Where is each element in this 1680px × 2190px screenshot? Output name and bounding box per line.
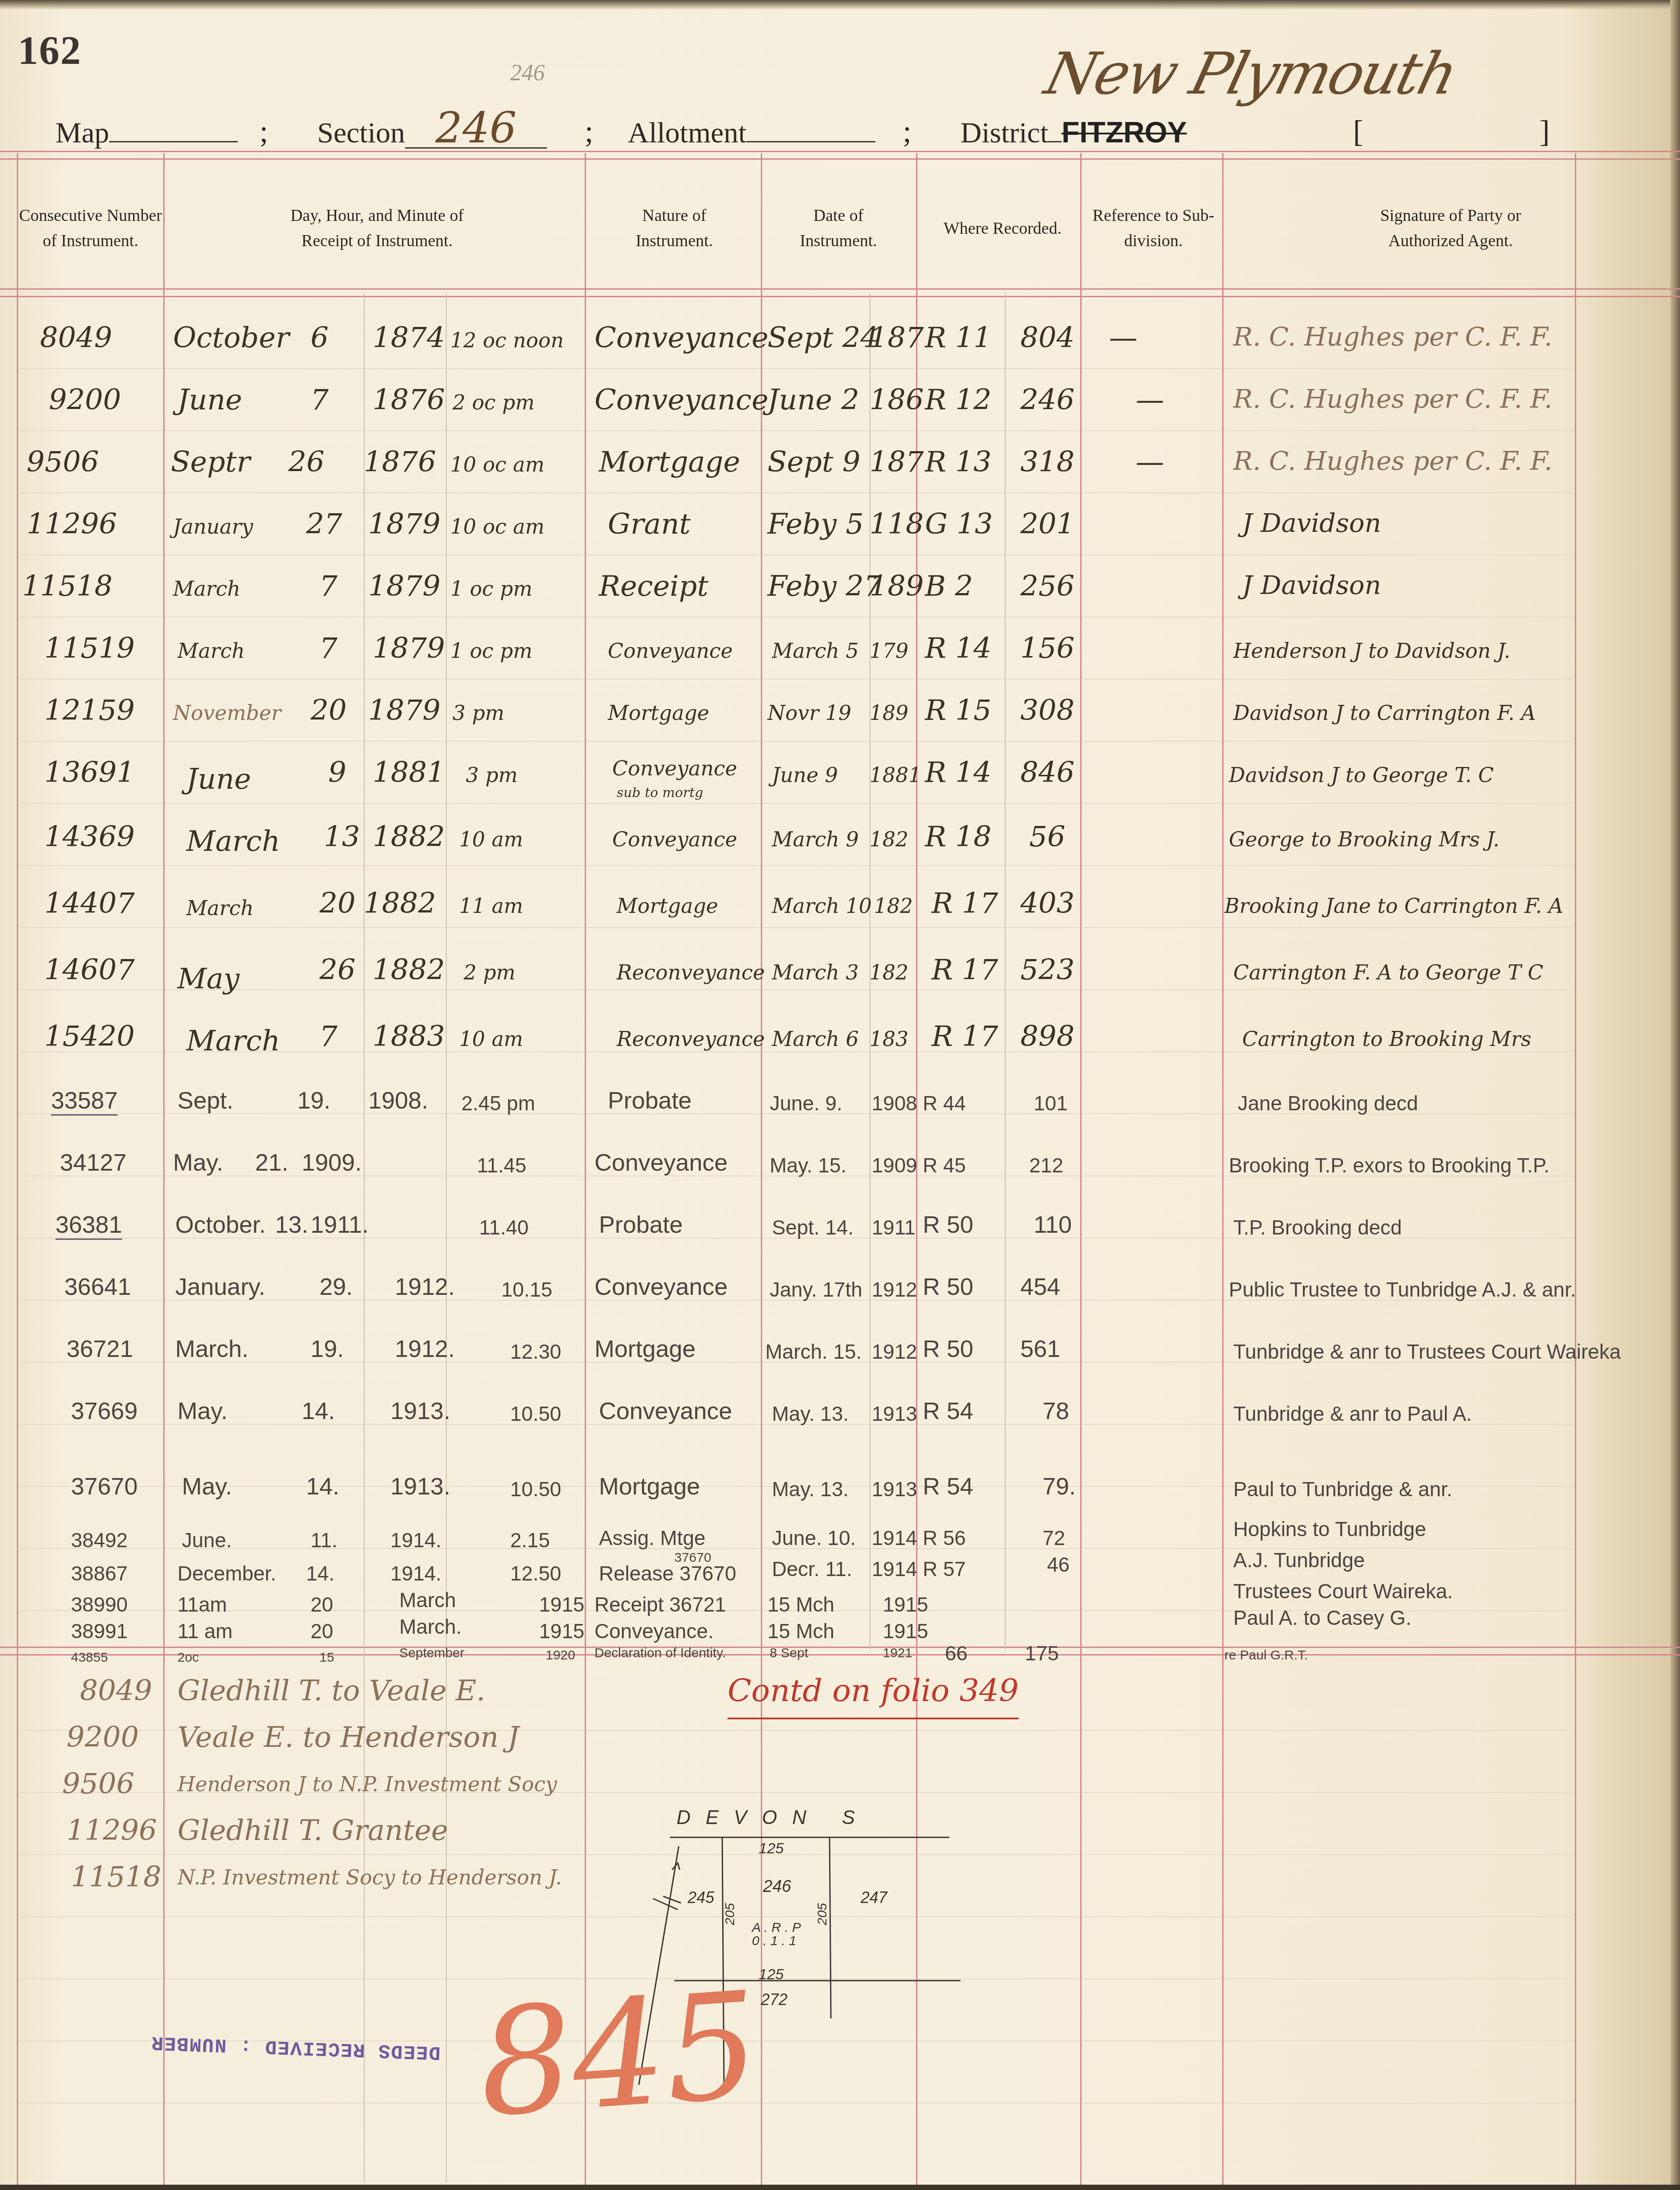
entry-day: 7 [319, 570, 338, 603]
entry-date: March 5 [772, 639, 859, 663]
margin-line [17, 153, 18, 2185]
entry-time: 10 am [459, 1027, 523, 1051]
entry-register: R 54 [923, 1397, 973, 1425]
index-note-text: Henderson J to N.P. Investment Socy [177, 1772, 557, 1796]
plan-lot-number: 246 [763, 1877, 791, 1896]
entry-month: Sept. [177, 1087, 233, 1114]
col-divider [1575, 153, 1576, 2185]
entry-folio: 56 [1029, 821, 1065, 853]
entry-date-year: 189 [870, 701, 909, 725]
separator: ; [903, 114, 911, 150]
entry-day: 14. [302, 1397, 335, 1425]
entry-day: 7 [311, 384, 329, 417]
entry-number: 14607 [44, 954, 135, 987]
entry-date-year: 1881 [870, 763, 921, 787]
entry-date: June 9 [772, 763, 838, 787]
entry-date: March 10 [772, 894, 872, 918]
entry-day: 19. [297, 1087, 330, 1114]
entry-nature: Probate [599, 1211, 683, 1239]
entry-nature: Declaration of Identity. [594, 1646, 728, 1661]
entry-month: March [177, 639, 245, 663]
entry-time: 1 oc pm [450, 639, 532, 663]
entry-date: Feby 5 [767, 508, 864, 541]
entry-signature: A.J. Tunbridge [1233, 1548, 1365, 1572]
entry-nature-note: sub to mortg [617, 785, 703, 801]
entry-month: March [186, 1025, 280, 1058]
entry-register: R 50 [923, 1211, 973, 1239]
entry-time: 2.15 [510, 1528, 550, 1552]
entry-month: June. [182, 1528, 232, 1552]
entry-date-year: 1915 [883, 1619, 928, 1643]
entry-number: 38990 [71, 1592, 128, 1616]
entry-date: Sept 24 [767, 322, 878, 354]
entry-year: 1908. [368, 1087, 428, 1114]
district-value: FITZROY [1062, 116, 1187, 149]
entry-month: May. [182, 1473, 232, 1500]
section-field: Section246 [317, 103, 547, 150]
entry-signature: Public Trustee to Tunbridge A.J. & anr. [1229, 1278, 1576, 1301]
bracket-close: ] [1539, 114, 1550, 150]
entry-year: 1879 [368, 694, 441, 727]
entry-day: 14. [306, 1561, 334, 1585]
entry-time: 3 pm [466, 763, 518, 787]
entry-date: Feby 27 [767, 570, 882, 603]
entry-date: June 2 [767, 384, 859, 417]
header-signature: Signature of Party or Authorized Agent. [1353, 169, 1548, 288]
entry-day: 14. [306, 1473, 339, 1500]
entry-date-year: 187 [870, 446, 924, 479]
page-bottom-edge [0, 2185, 1680, 2190]
entry-folio: 846 [1020, 756, 1074, 789]
entry-folio: 454 [1020, 1273, 1060, 1301]
entry-nature: Conveyance [594, 1273, 728, 1301]
entry-register: R 13 [925, 446, 991, 479]
entry-month: 11am [177, 1592, 227, 1616]
entry-year: 1881 [373, 756, 445, 789]
header-date: Date of Instrument. [781, 169, 896, 288]
entry-folio: 256 [1020, 570, 1074, 603]
entry-day: 29. [319, 1273, 353, 1301]
entry-number: 9506 [27, 446, 99, 479]
entry-time: 10 oc am [450, 452, 544, 476]
entry-date-year: 183 [870, 1027, 909, 1051]
col-subdivider [1005, 293, 1006, 1650]
col-subdivider [446, 293, 447, 2182]
entry-date-year: 1913 [872, 1477, 917, 1501]
entry-register: R 50 [923, 1273, 973, 1301]
entry-register: 66 [945, 1641, 968, 1665]
entry-nature: Grant [608, 508, 691, 541]
entry-year: 1913. [390, 1397, 450, 1425]
entry-time: 2 oc pm [452, 390, 535, 414]
entry-year: 1882 [373, 954, 445, 987]
header-receipt-time: Day, Hour, and Minute of Receipt of Inst… [266, 169, 488, 288]
entry-number: 43855 [71, 1650, 108, 1665]
index-note-text: Gledhill T. to Veale E. [177, 1675, 485, 1707]
entry-day: 20 [311, 694, 346, 727]
entry-signature: Davidson J to Carrington F. A [1233, 701, 1536, 725]
entry-month: January [173, 515, 253, 539]
entry-month: January. [175, 1273, 265, 1301]
entry-year: March [399, 1588, 456, 1612]
entry-year: 1912. [395, 1273, 455, 1301]
separator: ; [585, 114, 593, 150]
entry-number: 11296 [27, 508, 117, 541]
entry-nature: Assig. Mtge [599, 1526, 705, 1550]
entry-date: Decr. 11. [772, 1557, 852, 1581]
entry-day: 15 [319, 1650, 334, 1665]
entry-year: September [399, 1646, 464, 1661]
entry-folio: 175 [1025, 1641, 1059, 1665]
entry-nature: Conveyance [594, 384, 768, 417]
entry-nature: Probate [608, 1087, 692, 1114]
entry-date-year: 182 [874, 894, 913, 918]
entry-day: 9 [328, 756, 346, 789]
entry-number: 38867 [71, 1561, 128, 1585]
entry-nature: Mortgage [594, 1335, 696, 1363]
plan-area-label: A . R . P [751, 1920, 801, 1935]
separator: ; [260, 114, 268, 150]
entry-year: 1874 [373, 322, 445, 354]
entry-register: R 17 [932, 887, 998, 920]
title-fields: Map ; Section246 ; Allotment ; DistrictF… [0, 101, 1597, 150]
entry-number: 13691 [44, 756, 135, 789]
entry-year: 1882 [364, 887, 436, 920]
index-note-number: 11518 [71, 1861, 161, 1894]
entry-nature: Reconveyance [617, 1027, 765, 1051]
entry-folio: 72 [1043, 1526, 1065, 1550]
entry-date-year: 179 [870, 639, 909, 663]
entry-folio: 101 [1034, 1091, 1068, 1115]
place-name: New Plymouth [1039, 40, 1463, 107]
entry-year: March. [399, 1615, 462, 1639]
entry-month: December. [177, 1561, 276, 1585]
entry-folio: 898 [1020, 1020, 1074, 1053]
entry-date: May. 13. [772, 1402, 849, 1426]
entry-nature: Mortgage [608, 701, 709, 725]
entry-date-year: 1912 [872, 1340, 917, 1364]
entry-number: 36381 [55, 1211, 122, 1240]
entry-date-year: 1912 [872, 1278, 917, 1301]
entry-signature: T.P. Brooking decd [1233, 1215, 1402, 1239]
entry-day: 20 [311, 1619, 333, 1643]
entry-month: November [173, 701, 281, 725]
entry-year: 1913. [390, 1473, 450, 1500]
entry-signature: J Davidson [1242, 508, 1381, 538]
entry-register: R 11 [925, 322, 991, 354]
plan-lot-rear: 272 [760, 1990, 787, 2009]
entry-register: R 54 [923, 1473, 973, 1500]
entry-signature: R. C. Hughes per C. F. F. [1233, 322, 1552, 352]
entry-signature: Davidson J to George T. C [1229, 763, 1494, 787]
entry-date-year: 1909 [872, 1153, 917, 1177]
header-where-recorded: Where Recorded. [940, 169, 1065, 288]
entry-time: 10 am [459, 827, 523, 851]
entry-day: 13. [275, 1211, 308, 1239]
header-bottom-rule [0, 288, 1680, 297]
entry-month: October [173, 322, 289, 354]
entry-month: March [186, 896, 254, 920]
entry-nature: Mortgage [599, 446, 740, 479]
entry-number: 9200 [49, 384, 121, 417]
plan-lot-right: 247 [860, 1888, 888, 1907]
entry-folio: 246 [1020, 384, 1074, 417]
entry-folio: 201 [1020, 508, 1074, 541]
entry-year: 1912. [395, 1335, 455, 1363]
entry-nature: Mortgage [617, 894, 718, 918]
plan-front-dimension: 125 [759, 1840, 784, 1857]
entry-month: May. [177, 1397, 228, 1425]
entry-nature: Conveyance [599, 1397, 732, 1425]
entry-date-year: 1914 [872, 1526, 917, 1550]
plan-street-label: DEVON S [677, 1807, 870, 1828]
section-value: 246 [405, 103, 547, 149]
plan-side-right: 205 [815, 1903, 830, 1926]
entry-nature: Receipt 36721 [594, 1592, 726, 1616]
entry-signature: J Davidson [1242, 570, 1381, 600]
entry-month: June [177, 384, 242, 417]
entry-year: 1883 [373, 1020, 445, 1053]
entry-number: 34127 [60, 1149, 126, 1176]
entry-signature: R. C. Hughes per C. F. F. [1233, 446, 1552, 476]
entry-date-year: 187 [870, 322, 924, 354]
entry-year: 1876 [364, 446, 436, 479]
col-divider [585, 153, 586, 2185]
entry-register: R 45 [923, 1153, 966, 1177]
entry-folio: 78 [1043, 1397, 1069, 1425]
entry-time: 10.15 [501, 1278, 552, 1301]
entry-nature: Conveyance. [594, 1619, 714, 1643]
entry-register: R 18 [925, 821, 991, 853]
entry-signature: Carrington F. A to George T C [1233, 960, 1543, 984]
plan-area-value: 0 . 1 . 1 [752, 1934, 796, 1948]
entry-nature: Mortgage [599, 1473, 700, 1500]
entry-signature: Tunbridge & anr to Paul A. [1233, 1402, 1472, 1426]
entry-year: 1876 [373, 384, 445, 417]
entry-register: R 17 [932, 954, 998, 987]
index-note-number: 11296 [67, 1814, 157, 1847]
entry-year: 1879 [368, 508, 441, 541]
entry-date-year: 1921 [883, 1646, 913, 1661]
entry-month: March [173, 577, 240, 601]
entry-time: 10 oc am [450, 515, 544, 539]
entry-signature: Brooking Jane to Carrington F. A [1224, 894, 1563, 918]
entry-time: 3 pm [452, 701, 504, 725]
plan-rear-dimension: 125 [759, 1966, 784, 1983]
entry-number: 11518 [22, 570, 113, 603]
entry-time: 1915 [539, 1592, 584, 1616]
entry-signature: R. C. Hughes per C. F. F. [1233, 384, 1552, 414]
entry-nature: Conveyance [594, 322, 768, 354]
entry-register: R 12 [925, 384, 991, 417]
entry-signature: Paul to Tunbridge & anr. [1233, 1477, 1452, 1501]
entry-date-year: 189 [870, 570, 924, 603]
entry-folio: 79. [1043, 1473, 1076, 1500]
entry-signature: Trustees Court Waireka. [1233, 1579, 1453, 1603]
entry-date: 15 Mch [767, 1619, 834, 1643]
entry-day: 26 [288, 446, 324, 479]
entry-day: 7 [319, 1020, 338, 1053]
entry-folio: 403 [1020, 887, 1074, 920]
plan-lot-left: 245 [687, 1888, 715, 1907]
allotment-field: Allotment [628, 116, 875, 150]
entry-number: 38492 [71, 1528, 128, 1552]
section-label: Section [317, 117, 405, 149]
index-note-text: Veale E. to Henderson J [177, 1721, 519, 1754]
entry-time: 11 am [459, 894, 523, 918]
entry-time: 1915 [539, 1619, 584, 1643]
entry-folio: 318 [1020, 446, 1074, 479]
map-label: Map [55, 117, 109, 149]
entry-signature: Henderson J to Davidson J. [1233, 639, 1511, 663]
entry-month: October. [175, 1211, 266, 1239]
entry-day: 19. [311, 1335, 344, 1363]
entry-month: 11 am [177, 1619, 232, 1643]
col-divider [1222, 153, 1224, 2185]
entry-date-year: 182 [870, 827, 909, 851]
entry-number: 14407 [44, 887, 135, 920]
entry-signature: George to Brooking Mrs J. [1229, 827, 1499, 851]
entry-reference: — [1109, 322, 1137, 354]
entry-date: June. 9. [770, 1091, 842, 1115]
allotment-value [747, 119, 875, 142]
deeds-received-stamp: DEEDS RECEIVED : NUMBER [150, 2031, 441, 2064]
entry-year: 1882 [373, 821, 445, 853]
entry-register: R 17 [932, 1020, 998, 1053]
entry-day: 27 [306, 508, 342, 541]
page-binding-edge [1670, 0, 1680, 2190]
entry-day: 11. [311, 1528, 338, 1552]
entry-time: 2 pm [464, 960, 515, 984]
entry-signature: Hopkins to Tunbridge [1233, 1517, 1426, 1541]
entry-nature: Reconveyance [617, 960, 765, 984]
entry-date: March 3 [772, 960, 859, 984]
header-reference: Reference to Sub-division. [1091, 169, 1216, 288]
entry-number: 14369 [44, 821, 135, 853]
entry-date-year: 1911 [872, 1215, 916, 1239]
entry-time: 10.50 [510, 1477, 561, 1501]
allotment-label: Allotment [628, 117, 747, 149]
entry-year: 1914. [390, 1561, 441, 1585]
entry-register: G 13 [925, 508, 993, 541]
entry-folio: 804 [1020, 322, 1074, 354]
entry-nature: Receipt [599, 570, 708, 603]
entry-time: 1 oc pm [450, 577, 532, 601]
entry-signature: Brooking T.P. exors to Brooking T.P. [1229, 1153, 1550, 1177]
map-value [109, 119, 238, 142]
district-label: District [960, 117, 1048, 149]
entry-folio: 46 [1047, 1553, 1070, 1577]
entry-register: R 56 [923, 1526, 966, 1550]
bracket-open: [ [1353, 114, 1363, 150]
entry-date: Sept 9 [767, 446, 860, 479]
entry-date: May. 13. [772, 1477, 849, 1501]
entry-time: 12.50 [510, 1561, 561, 1585]
entry-month: March. [175, 1335, 248, 1363]
entry-folio: 156 [1020, 632, 1074, 665]
entry-nature: Release 37670 [599, 1561, 736, 1585]
entry-year: 1914. [390, 1528, 441, 1552]
entry-day: 20 [319, 887, 355, 920]
entry-number: 33587 [51, 1087, 118, 1116]
entry-folio: 561 [1020, 1335, 1060, 1363]
entry-number: 15420 [44, 1020, 135, 1053]
entry-reference: — [1136, 384, 1164, 417]
entry-signature: Tunbridge & anr to Trustees Court Wairek… [1233, 1340, 1621, 1364]
entry-nature: Conveyance [612, 756, 737, 780]
entry-register: R 57 [923, 1557, 966, 1581]
entry-number: 11519 [44, 632, 135, 665]
entry-year: 1879 [373, 632, 445, 665]
entry-date: May. 15. [770, 1153, 846, 1177]
entry-date-year: 118 [870, 508, 924, 541]
entry-month: 2oc [177, 1650, 199, 1665]
entry-day: 7 [319, 632, 338, 665]
entry-date-year: 1914 [872, 1557, 917, 1581]
pencil-section-note: 246 [510, 60, 545, 86]
entry-date-year: 1913 [872, 1402, 917, 1426]
entry-register: R 44 [923, 1091, 966, 1115]
entry-date: Jany. 17th [770, 1278, 862, 1301]
entry-folio: 308 [1020, 694, 1074, 727]
entry-time: 10.50 [510, 1402, 561, 1426]
entry-date: 15 Mch [767, 1592, 834, 1616]
district-field: DistrictFITZROY [960, 115, 1187, 150]
entry-number: 36721 [67, 1335, 133, 1363]
entry-nature: Conveyance [608, 639, 733, 663]
entry-date: 8 Sept [770, 1646, 808, 1661]
entry-register: R 14 [925, 756, 991, 789]
entry-number: 38991 [71, 1619, 128, 1643]
entry-signature: Carrington to Brooking Mrs [1242, 1027, 1531, 1051]
entry-date-year: 1908 [872, 1091, 917, 1115]
entry-time: 1920 [546, 1648, 575, 1663]
entry-month: May. [173, 1149, 223, 1176]
map-field: Map [55, 116, 238, 150]
index-note-text: N.P. Investment Socy to Henderson J. [177, 1865, 562, 1889]
entry-number: 8049 [40, 322, 112, 354]
entry-day: 13 [324, 821, 360, 853]
entry-date: June. 10. [772, 1526, 856, 1550]
index-note-text: Gledhill T. Grantee [177, 1814, 448, 1847]
entry-folio: 110 [1034, 1211, 1072, 1239]
col-divider [1080, 153, 1082, 2185]
entry-month: May [177, 963, 240, 995]
entry-date-year: 1915 [883, 1592, 928, 1616]
entry-number: 37670 [71, 1473, 138, 1500]
header-consecutive-number: Consecutive Number of Instrument. [18, 169, 163, 288]
index-note-number: 8049 [80, 1675, 152, 1707]
entry-year: 1911. [311, 1211, 369, 1239]
index-note-number: 9506 [62, 1768, 134, 1801]
entry-month: Septr [171, 446, 250, 479]
entry-day: 6 [311, 322, 329, 354]
section-divider-rule [0, 1647, 1680, 1655]
entry-register: R 15 [925, 694, 991, 727]
entry-signature: Paul A. to Casey G. [1233, 1606, 1411, 1630]
entry-number: 12159 [44, 694, 135, 727]
entry-nature: Conveyance [612, 827, 737, 851]
entry-time: 11.40 [479, 1215, 529, 1239]
entry-signature: Jane Brooking decd [1238, 1091, 1418, 1115]
entry-day: 20 [311, 1592, 333, 1616]
entry-nature: Conveyance [594, 1149, 728, 1176]
header-nature: Nature of Instrument. [603, 169, 745, 288]
plan-side-left: 205 [723, 1903, 737, 1926]
entry-signature: re Paul G.R.T. [1224, 1648, 1308, 1663]
entry-year: 1879 [368, 570, 441, 603]
header-top-rule [0, 151, 1680, 160]
